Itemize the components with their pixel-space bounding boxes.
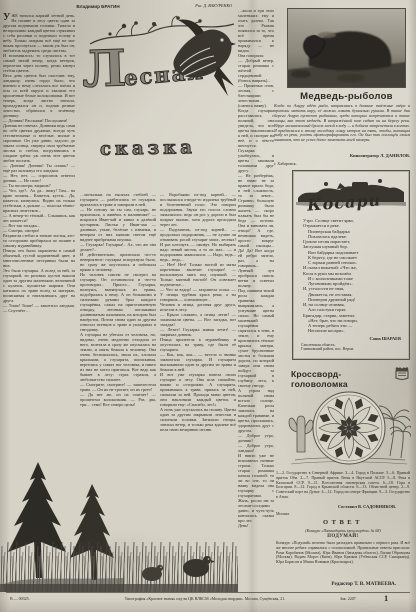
- footer-page-number: 1: [384, 593, 388, 603]
- artist-credit: Рис. Д. ВАКУРЕНКО: [172, 3, 232, 8]
- story-column-1-text: И вспомнилось: то случилось в тот самый …: [3, 53, 75, 313]
- bear-credit-location: г. Хабаровск.: [274, 161, 297, 166]
- story-column-3: — Воробьями из-под корней... — послышалс…: [160, 192, 236, 536]
- crossword-header: Кроссворд-головоломка: [291, 369, 393, 389]
- footer-rule: [6, 592, 410, 593]
- poem-author-address: Смоленская область, Глинковский район, п…: [301, 343, 354, 352]
- story-column-1-first-paragraph: ЖЕ начался жаркий летний день. На поляне…: [3, 13, 75, 53]
- bear-photo-credit: Кинооператор Л. ДАНИЛОВ.: [274, 153, 410, 158]
- newspaper-page: Владимир БРАГИН Рис. Д. ВАКУРЕНКО Л есна…: [0, 0, 416, 612]
- footer-code: В — 00325.: [10, 596, 30, 601]
- answer-contest-line: (Конкурс «Пятнадцать кроссвордов» № 68): [276, 528, 410, 533]
- editor-line: Редактор Т. В. МАТВЕЕВА.: [276, 581, 396, 587]
- author-byline: Владимир БРАГИН: [70, 4, 126, 9]
- story-column-4: …жила и три этих маленьких: ему и охать …: [238, 8, 274, 588]
- capercaillie-bird-illustration: [164, 16, 238, 102]
- answer-header: ОТВЕТ: [276, 519, 410, 526]
- page-title-word-2: сказка: [100, 139, 196, 159]
- poem-box: Косари Утро. Солнце светит ярко, Отражае…: [292, 170, 410, 360]
- story-column-1: УЖЕ начался жаркий летний день. На полян…: [3, 8, 75, 458]
- poem-line: Неплохие косари».: [303, 328, 405, 333]
- bear-photo: [287, 8, 406, 88]
- bear-photo-caption: Медведь-рыболов: [287, 91, 406, 102]
- title-initial-letter: Л: [81, 43, 127, 95]
- poem-address-line-2: Глинковский район, пос. Верхи.: [301, 347, 354, 351]
- crossword-emblem-icon: [393, 364, 411, 382]
- answer-think-header: ПОДУМАЙ!: [276, 534, 410, 539]
- footer-order-number: Зак. 2207: [340, 596, 356, 601]
- poem-text: Утро. Солнце светит ярко, Отражается в р…: [303, 218, 405, 334]
- crossword-compiler-city: Москва.: [276, 511, 290, 516]
- crossword-rosette-illustration: [287, 388, 411, 468]
- bear-article-text: Когда по Амуру идёт рыба, направляясь в …: [274, 104, 410, 152]
- poem-author: Саша ШАРАЕВ: [303, 336, 401, 341]
- crossword-compiler: Составил В. САДОВНИКОВ.: [276, 504, 396, 509]
- answer-winners-text: Конкурс «Подумай» нелегко было разгадать…: [276, 541, 410, 575]
- footer-imprint: Типография «Красное знамя» изд-ва ЦК ВЛК…: [90, 596, 320, 601]
- meadow-grass-illustration: [0, 538, 238, 592]
- crossword-clues: 1—2. Государство в Северной Африке. 3—4.…: [276, 471, 410, 500]
- story-title-art: Л есная сказка: [80, 12, 238, 188]
